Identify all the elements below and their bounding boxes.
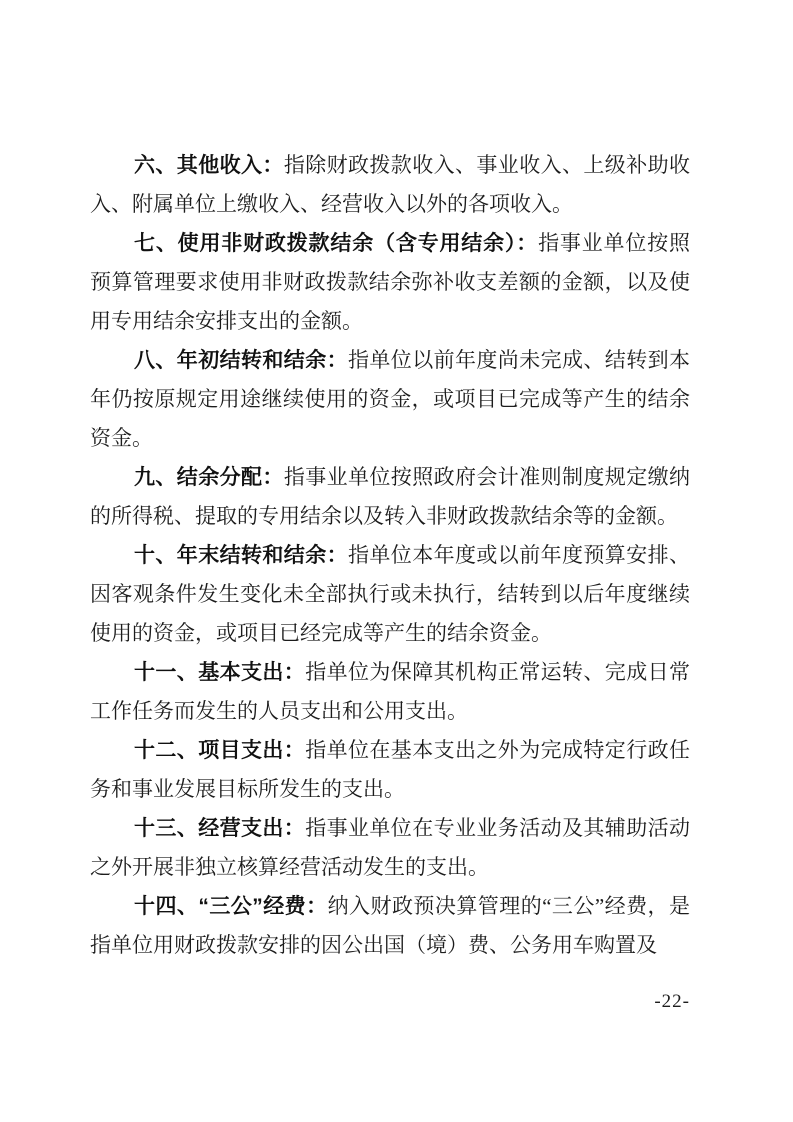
paragraph-label: 十一、基本支出：	[134, 661, 305, 684]
paragraph: 十、年末结转和结余：指单位本年度或以前年度预算安排、因客观条件发生变化未全部执行…	[90, 536, 690, 653]
page-number: -22-	[90, 991, 690, 1013]
paragraph-label: 十四、“三公”经费：	[134, 895, 328, 918]
paragraph-label: 七、使用非财政拨款结余（含专用结余）：	[134, 232, 538, 255]
paragraph: 七、使用非财政拨款结余（含专用结余）：指事业单位按照预算管理要求使用非财政拨款结…	[90, 224, 690, 341]
paragraph-label: 九、结余分配：	[134, 466, 284, 489]
paragraph: 十三、经营支出：指事业单位在专业业务活动及其辅助活动之外开展非独立核算经营活动发…	[90, 809, 690, 887]
document-page: 六、其他收入：指除财政拨款收入、事业收入、上级补助收入、附属单位上缴收入、经营收…	[0, 0, 793, 1122]
paragraph: 十二、项目支出：指单位在基本支出之外为完成特定行政任务和事业发展目标所发生的支出…	[90, 731, 690, 809]
paragraph: 九、结余分配：指事业单位按照政府会计准则制度规定缴纳的所得税、提取的专用结余以及…	[90, 458, 690, 536]
paragraph-label: 十三、经营支出：	[134, 817, 305, 840]
paragraph-label: 十、年末结转和结余：	[134, 544, 348, 567]
paragraph: 十四、“三公”经费：纳入财政预决算管理的“三公”经费，是指单位用财政拨款安排的因…	[90, 887, 690, 965]
paragraph-label: 十二、项目支出：	[134, 739, 305, 762]
paragraph: 十一、基本支出：指单位为保障其机构正常运转、完成日常工作任务而发生的人员支出和公…	[90, 653, 690, 731]
paragraph: 八、年初结转和结余：指单位以前年度尚未完成、结转到本年仍按原规定用途继续使用的资…	[90, 341, 690, 458]
paragraph-label: 六、其他收入：	[134, 154, 284, 177]
paragraph: 六、其他收入：指除财政拨款收入、事业收入、上级补助收入、附属单位上缴收入、经营收…	[90, 146, 690, 224]
page-content: 六、其他收入：指除财政拨款收入、事业收入、上级补助收入、附属单位上缴收入、经营收…	[90, 146, 690, 965]
paragraph-label: 八、年初结转和结余：	[134, 349, 348, 372]
